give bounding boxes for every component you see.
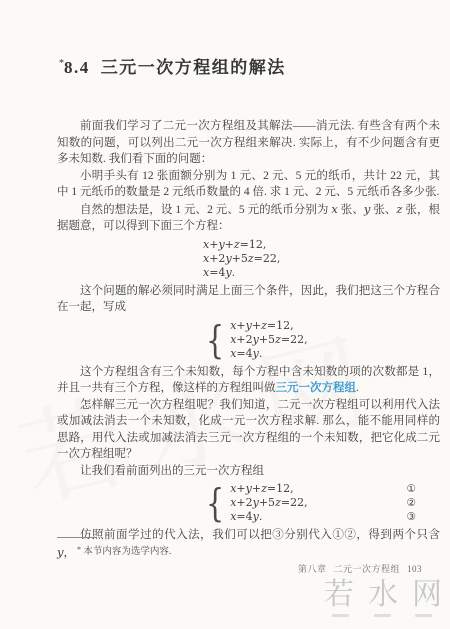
page-footer: 第八章二元一次方程组103 xyxy=(291,562,422,575)
watermark-sub-mark xyxy=(415,614,432,617)
equation-rows: x+y+z=12, x+2y+5z=22, x=4y. xyxy=(230,319,440,361)
equation-line: x=4y. xyxy=(203,266,440,280)
equation-line: x=4y. xyxy=(230,347,440,361)
watermark-sub-mark xyxy=(374,614,391,617)
paragraph-setup: 自然的想法是，设 1 元、2 元、5 元的纸币分别为 x 张、y 张、z 张，根… xyxy=(57,201,440,235)
left-brace xyxy=(206,482,224,524)
equation-number-3: ③ xyxy=(407,510,416,524)
equation-text: x+y+z=12, xyxy=(203,238,266,251)
equation-number-1: ① xyxy=(407,482,416,496)
definition-text: 这个方程组含有三个未知数，每个方程中含未知数的项的次数都是 1，并且一共有三个方… xyxy=(57,366,440,395)
equation-line: x+y+z=12, xyxy=(230,319,440,333)
paragraph-intro: 前面我们学习了二元一次方程组及其解法——消元法. 有些含有两个未知数的问题，可以… xyxy=(57,118,440,168)
paragraph-lead: 让我们看前面列出的三元一次方程组 xyxy=(57,463,440,480)
equation-line: x+2y+5z=22, xyxy=(230,333,440,347)
equation-text: x=4y. xyxy=(230,347,262,360)
paragraph-method: 怎样解三元一次方程组呢？我们知道，二元一次方程组可以利用代入法或加减法消去一个未… xyxy=(57,397,440,463)
watermark-sub-mark xyxy=(332,614,349,617)
equation-text: x+2y+5z=22, xyxy=(230,496,307,509)
equation-line: x+y+z=12, xyxy=(203,238,440,252)
left-brace xyxy=(206,319,224,361)
equation-rows: x+y+z=12,① x+2y+5z=22,② x=4y.③ xyxy=(230,482,440,524)
section-heading: *8.4三元一次方程组的解法 xyxy=(59,52,440,80)
body-text: 前面我们学习了二元一次方程组及其解法——消元法. 有些含有两个未知数的问题，可以… xyxy=(57,118,440,561)
site-watermark: 若水网 xyxy=(324,579,442,617)
equation-line: x+y+z=12,① xyxy=(230,482,440,496)
section-number: 8.4 xyxy=(64,58,90,77)
equation-text: x+2y+5z=22, xyxy=(230,333,307,346)
footnote-content: 本节内容为选学内容. xyxy=(83,547,171,557)
setup-text: 张、 xyxy=(338,204,364,216)
equation-system-numbered: x+y+z=12,① x+2y+5z=22,② x=4y.③ xyxy=(203,482,440,524)
equation-line: x=4y.③ xyxy=(230,510,440,524)
textbook-page: 若水网 *8.4三元一次方程组的解法 前面我们学习了二元一次方程组及其解法——消… xyxy=(0,0,450,629)
section-title: 三元一次方程组的解法 xyxy=(101,58,286,77)
footnote-marker: * xyxy=(77,545,81,554)
equation-text: x=4y. xyxy=(203,266,235,279)
equation-number-2: ② xyxy=(407,496,416,510)
definition-text: . xyxy=(356,382,359,394)
setup-text: 张、 xyxy=(370,204,396,216)
footnote-divider xyxy=(57,537,97,538)
paragraph-problem: 小明手头有 12 张面额分别为 1 元、2 元、5 元的纸币，共计 22 元，其… xyxy=(57,168,440,201)
footer-chapter: 第八章 xyxy=(298,564,327,574)
equation-system: x+y+z=12, x+2y+5z=22, x=4y. xyxy=(203,319,440,361)
footnote-text: * 本节内容为选学内容. xyxy=(57,543,357,557)
equation-text: x+2y+5z=22, xyxy=(203,252,280,265)
equation-line: x+2y+5z=22,② xyxy=(230,496,440,510)
paragraph-combine: 这个问题的解必须同时满足上面三个条件，因此，我们把这三个方程合在一起，写成 xyxy=(57,283,440,316)
footer-page-number: 103 xyxy=(407,564,422,574)
term-highlight: 三元一次方程组 xyxy=(276,382,357,394)
equation-line: x+2y+5z=22, xyxy=(203,252,440,266)
footer-book-title: 二元一次方程组 xyxy=(333,564,400,574)
equation-text: x+y+z=12, xyxy=(230,319,293,332)
equation-text: x+y+z=12, xyxy=(230,482,293,495)
equation-group-plain: x+y+z=12, x+2y+5z=22, x=4y. xyxy=(203,238,440,280)
watermark-text: 若水网 xyxy=(324,579,450,611)
equation-text: x=4y. xyxy=(230,510,262,523)
paragraph-definition: 这个方程组含有三个未知数，每个方程中含未知数的项的次数都是 1，并且一共有三个方… xyxy=(57,364,440,397)
footnote: * 本节内容为选学内容. xyxy=(57,537,357,557)
setup-text: 自然的想法是，设 1 元、2 元、5 元的纸币分别为 xyxy=(80,204,331,216)
